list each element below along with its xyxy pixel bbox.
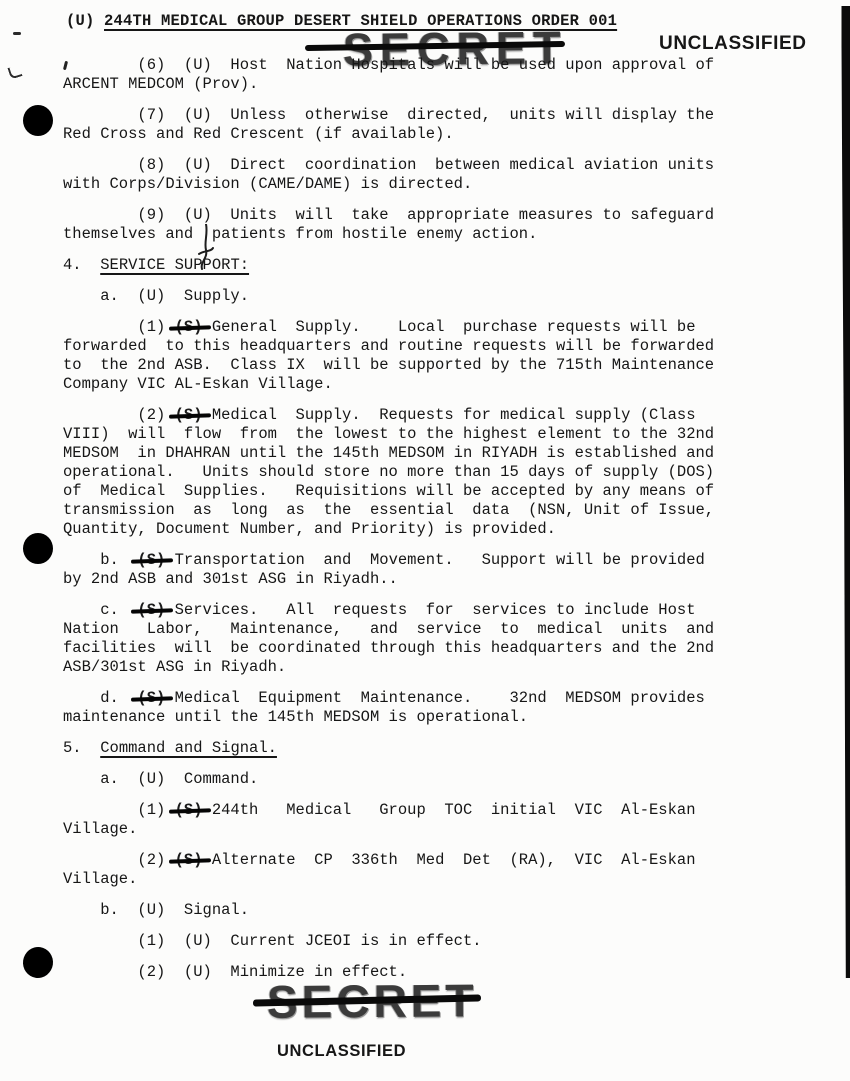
hole-punch-dot-top <box>23 105 53 136</box>
paragraph: (1) (U) Current JCEOI is in effect. <box>63 932 714 951</box>
text-segment: Company VIC AL-Eskan Village. <box>63 375 333 393</box>
unclassified-label-top: UNCLASSIFIED <box>659 33 807 55</box>
paragraph: (7) (U) Unless otherwise directed, units… <box>63 106 714 144</box>
paragraph: 5. Command and Signal. <box>63 739 714 758</box>
document-line: by 2nd ASB and 301st ASG in Riyadh.. <box>63 570 714 589</box>
text-segment: by 2nd ASB and 301st ASG in Riyadh.. <box>63 570 398 588</box>
text-segment: Medical Supply. Requests for medical sup… <box>203 406 696 424</box>
text-segment: of Medical Supplies. Requisitions will b… <box>63 482 714 500</box>
paragraph: d. (S) Medical Equipment Maintenance. 32… <box>63 689 714 727</box>
text-segment: Transportation and Movement. Support wil… <box>165 551 705 569</box>
scanned-document-page: (U) 244TH MEDICAL GROUP DESERT SHIELD OP… <box>0 0 850 1081</box>
text-segment: themselves and patients from hostile ene… <box>63 225 537 243</box>
unclassified-label-bottom: UNCLASSIFIED <box>277 1042 406 1061</box>
hole-punch-dot-bottom <box>21 945 55 980</box>
document-line: themselves and patients from hostile ene… <box>63 225 714 244</box>
document-line: (6) (U) Host Nation Hospitals will be us… <box>63 56 714 75</box>
text-segment: MEDSOM in DHAHRAN until the 145th MEDSOM… <box>63 444 714 462</box>
document-line: facilities will be coordinated through t… <box>63 639 714 658</box>
text-segment: b. (U) Signal. <box>63 901 249 919</box>
text-segment: SERVICE SUPPORT: <box>100 256 249 274</box>
text-segment: VIII) will flow from the lowest to the h… <box>63 425 714 443</box>
margin-mark-tick <box>7 64 22 79</box>
paragraph: b. (S) Transportation and Movement. Supp… <box>63 551 714 589</box>
text-segment: Quantity, Document Number, and Priority)… <box>63 520 556 538</box>
text-segment: (8) (U) Direct coordination between medi… <box>63 156 714 174</box>
paragraph: a. (U) Command. <box>63 770 714 789</box>
document-line: maintenance until the 145th MEDSOM is op… <box>63 708 714 727</box>
classification-marking: (U) <box>66 12 104 30</box>
text-segment: maintenance until the 145th MEDSOM is op… <box>63 708 528 726</box>
document-line: b. (U) Signal. <box>63 901 714 920</box>
struck-classification-marking: (S) <box>175 406 203 424</box>
paragraph: (1) (S) 244th Medical Group TOC initial … <box>63 801 714 839</box>
document-line: of Medical Supplies. Requisitions will b… <box>63 482 714 501</box>
document-line: 5. Command and Signal. <box>63 739 714 758</box>
document-line: a. (U) Supply. <box>63 287 714 306</box>
paragraph: (2) (S) Medical Supply. Requests for med… <box>63 406 714 539</box>
document-line: Village. <box>63 820 714 839</box>
text-segment: d. <box>63 689 137 707</box>
text-segment: 5. <box>63 739 100 757</box>
hole-punch-dot-middle <box>23 533 53 564</box>
document-line: (2) (S) Medical Supply. Requests for med… <box>63 406 714 425</box>
document-line: forwarded to this headquarters and routi… <box>63 337 714 356</box>
document-line: operational. Units should store no more … <box>63 463 714 482</box>
paragraph: (2) (S) Alternate CP 336th Med Det (RA),… <box>63 851 714 889</box>
paragraph: (1) (S) General Supply. Local purchase r… <box>63 318 714 394</box>
struck-classification-marking: (S) <box>175 851 203 869</box>
text-segment: (9) (U) Units will take appropriate meas… <box>63 206 714 224</box>
document-line: (9) (U) Units will take appropriate meas… <box>63 206 714 225</box>
document-line: (1) (S) General Supply. Local purchase r… <box>63 318 714 337</box>
paragraph: (6) (U) Host Nation Hospitals will be us… <box>63 56 714 94</box>
text-segment: to the 2nd ASB. Class IX will be support… <box>63 356 714 374</box>
document-line: to the 2nd ASB. Class IX will be support… <box>63 356 714 375</box>
paragraph: (9) (U) Units will take appropriate meas… <box>63 206 714 244</box>
text-segment: Nation Labor, Maintenance, and service t… <box>63 620 714 638</box>
document-line: with Corps/Division (CAME/DAME) is direc… <box>63 175 714 194</box>
text-segment: facilities will be coordinated through t… <box>63 639 714 657</box>
document-line: ARCENT MEDCOM (Prov). <box>63 75 714 94</box>
document-line: Nation Labor, Maintenance, and service t… <box>63 620 714 639</box>
document-line: 4. SERVICE SUPPORT: <box>63 256 714 275</box>
document-line: Red Cross and Red Crescent (if available… <box>63 125 714 144</box>
text-segment: Alternate CP 336th Med Det (RA), VIC Al-… <box>203 851 696 869</box>
text-segment: transmission as long as the essential da… <box>63 501 714 519</box>
document-line: (7) (U) Unless otherwise directed, units… <box>63 106 714 125</box>
document-line: (1) (U) Current JCEOI is in effect. <box>63 932 714 951</box>
struck-classification-marking: (S) <box>137 601 165 619</box>
stray-pen-mark <box>196 224 216 270</box>
struck-classification-marking: (S) <box>137 551 165 569</box>
document-line: ASB/301st ASG in Riyadh. <box>63 658 714 677</box>
text-segment: Village. <box>63 870 137 888</box>
document-line: c. (S) Services. All requests for servic… <box>63 601 714 620</box>
text-segment: a. (U) Supply. <box>63 287 249 305</box>
paragraph: (8) (U) Direct coordination between medi… <box>63 156 714 194</box>
text-segment: Command and Signal. <box>100 739 277 757</box>
document-body: (6) (U) Host Nation Hospitals will be us… <box>63 56 714 994</box>
paragraph: c. (S) Services. All requests for servic… <box>63 601 714 677</box>
document-line: Quantity, Document Number, and Priority)… <box>63 520 714 539</box>
text-segment: 244th Medical Group TOC initial VIC Al-E… <box>203 801 696 819</box>
paragraph: 4. SERVICE SUPPORT: <box>63 256 714 275</box>
struck-classification-marking: (S) <box>175 318 203 336</box>
paragraph: a. (U) Supply. <box>63 287 714 306</box>
scan-edge-artifact <box>840 6 850 978</box>
text-segment: Services. All requests for services to i… <box>165 601 695 619</box>
text-segment: (1) <box>63 801 175 819</box>
document-line: Village. <box>63 870 714 889</box>
text-segment: General Supply. Local purchase requests … <box>203 318 696 336</box>
document-line: b. (S) Transportation and Movement. Supp… <box>63 551 714 570</box>
text-segment: Village. <box>63 820 137 838</box>
document-line: (1) (S) 244th Medical Group TOC initial … <box>63 801 714 820</box>
text-segment: (7) (U) Unless otherwise directed, units… <box>63 106 714 124</box>
document-line: VIII) will flow from the lowest to the h… <box>63 425 714 444</box>
paragraph: b. (U) Signal. <box>63 901 714 920</box>
text-segment: ARCENT MEDCOM (Prov). <box>63 75 258 93</box>
text-segment: operational. Units should store no more … <box>63 463 714 481</box>
document-line: Company VIC AL-Eskan Village. <box>63 375 714 394</box>
text-segment: (6) (U) Host Nation Hospitals will be us… <box>63 56 714 74</box>
document-line: a. (U) Command. <box>63 770 714 789</box>
struck-classification-marking: (S) <box>137 689 165 707</box>
document-line: transmission as long as the essential da… <box>63 501 714 520</box>
text-segment: (1) (U) Current JCEOI is in effect. <box>63 932 482 950</box>
text-segment: Medical Equipment Maintenance. 32nd MEDS… <box>165 689 705 707</box>
text-segment: ASB/301st ASG in Riyadh. <box>63 658 286 676</box>
struck-classification-marking: (S) <box>175 801 203 819</box>
text-segment: b. <box>63 551 137 569</box>
text-segment: with Corps/Division (CAME/DAME) is direc… <box>63 175 472 193</box>
text-segment: 4. <box>63 256 100 274</box>
document-line: MEDSOM in DHAHRAN until the 145th MEDSOM… <box>63 444 714 463</box>
document-line: (2) (S) Alternate CP 336th Med Det (RA),… <box>63 851 714 870</box>
text-segment: forwarded to this headquarters and routi… <box>63 337 714 355</box>
text-segment: (2) <box>63 406 175 424</box>
text-segment: a. (U) Command. <box>63 770 258 788</box>
text-segment: Red Cross and Red Crescent (if available… <box>63 125 454 143</box>
margin-mark-dash <box>13 32 21 35</box>
document-line: (8) (U) Direct coordination between medi… <box>63 156 714 175</box>
document-line: d. (S) Medical Equipment Maintenance. 32… <box>63 689 714 708</box>
text-segment: c. <box>63 601 137 619</box>
text-segment: (2) <box>63 851 175 869</box>
text-segment: (1) <box>63 318 175 336</box>
